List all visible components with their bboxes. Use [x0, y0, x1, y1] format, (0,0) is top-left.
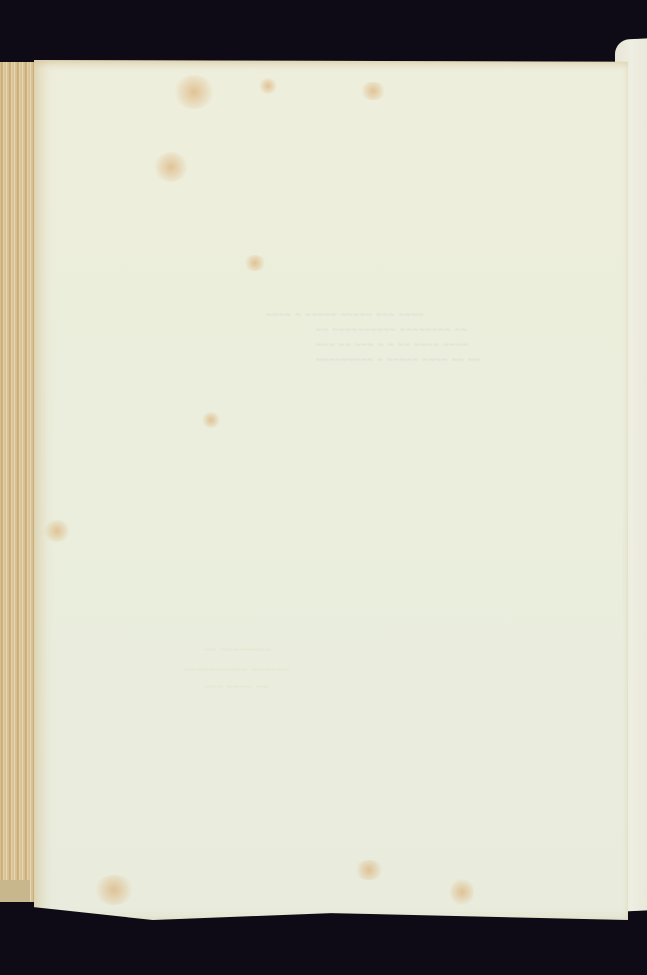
book-page: ~~~~ ~ ~~~~~ ~~~~~ ~~~ ~~~~ ~~ ~~~~~~~~~… [34, 60, 628, 920]
foxing-spot [259, 78, 277, 94]
foxing-spot [174, 75, 214, 109]
left-stack-bottom [0, 880, 30, 902]
bleed-through-line: ~~ ~~~~~~~~~~ ~~~~~~~~ ~~ [316, 325, 468, 336]
foxing-spot [360, 82, 386, 100]
bleed-through-line: ~~~ ~~~~ ~~ [204, 682, 269, 693]
foxing-spot [244, 255, 266, 271]
bleed-through-line: ~~ ~~~~~~~~ [204, 645, 272, 656]
foxing-spot [94, 875, 134, 905]
bleed-through-line: ~~~~ ~ ~~~~~ ~~~~~ ~~~ ~~~~ [266, 310, 425, 321]
bleed-through-line: ~~~~~~~~~ ~ ~~~~~ ~~~~ ~~ ~~ [316, 355, 481, 366]
bleed-through-line: ~~~~~~~~~~ ~~~~~~ [184, 665, 290, 676]
foxing-spot [202, 412, 220, 428]
bleed-through-line: ~~~ ~~ ~~~ ~ ~ ~~ ~~~~ ~~~~ [316, 340, 469, 351]
foxing-spot [450, 878, 474, 906]
foxing-spot [44, 520, 70, 542]
foxing-spot [154, 152, 188, 182]
foxing-spot [354, 860, 384, 880]
